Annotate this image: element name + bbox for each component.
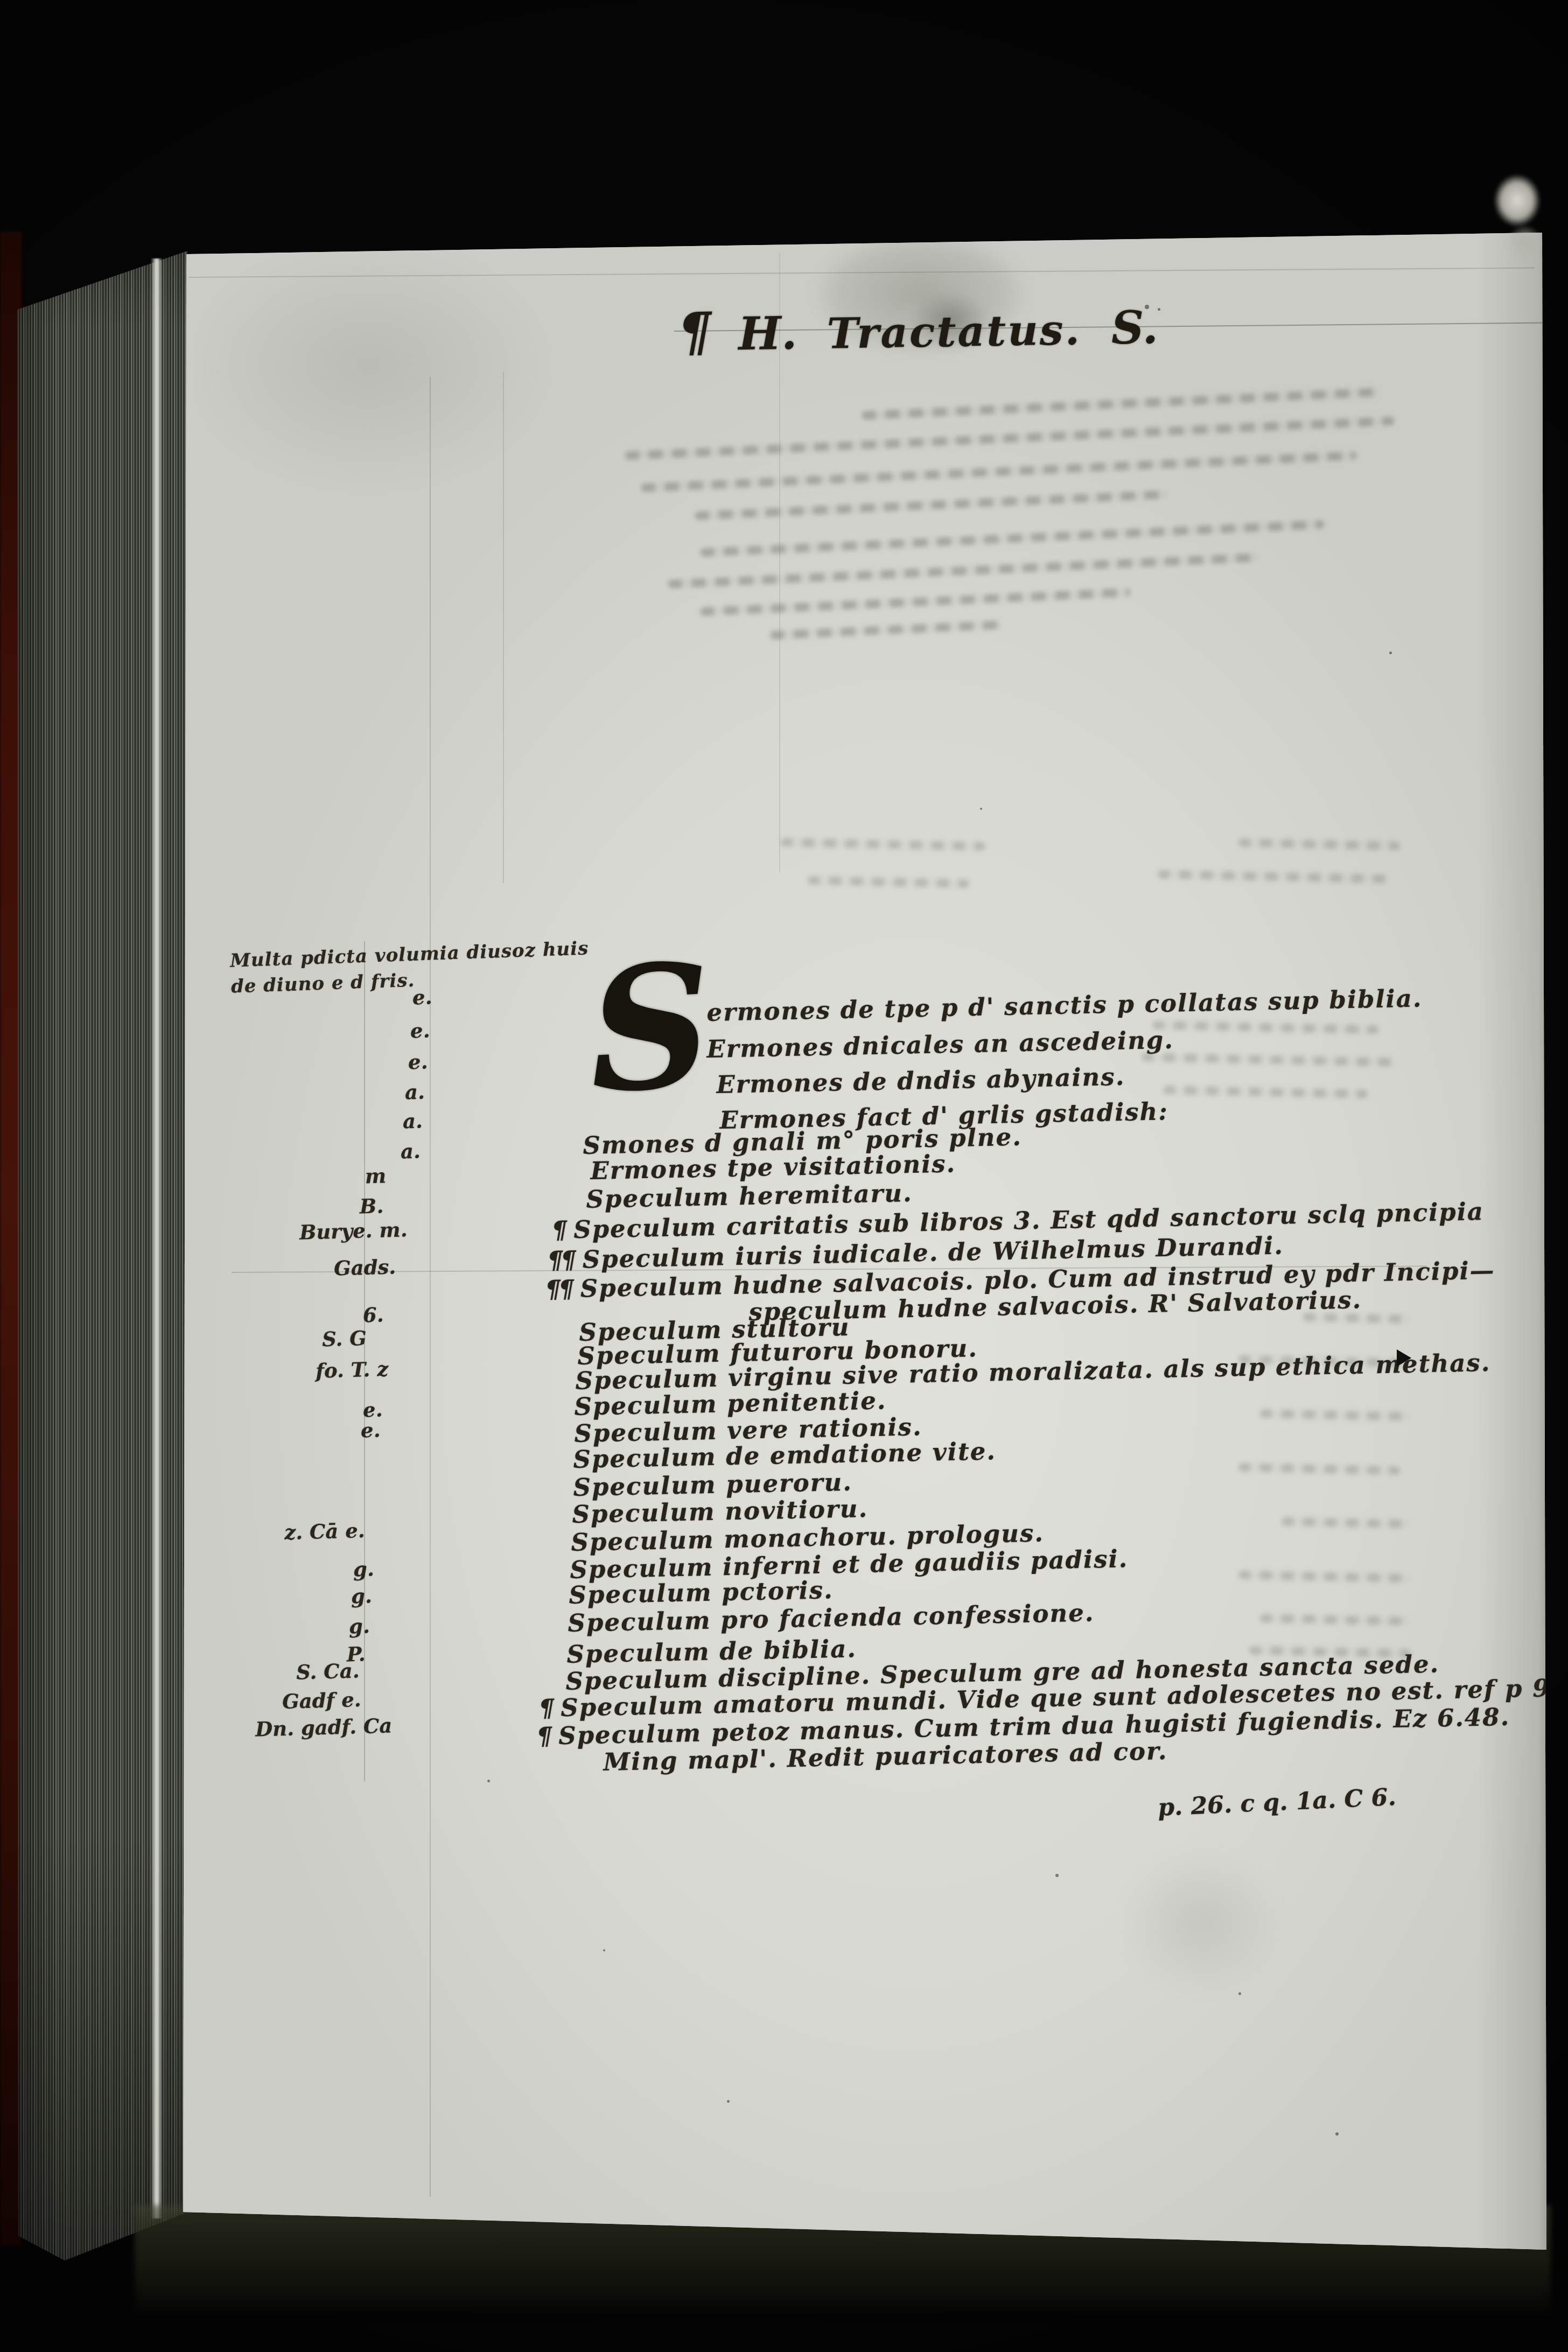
margin-shelfmark: m xyxy=(365,1164,386,1188)
paraph-mark: ¶¶ xyxy=(547,1245,574,1275)
faded-text-line xyxy=(1260,1614,1411,1626)
paper-speck xyxy=(1335,2132,1339,2136)
paraph-icon: ¶ xyxy=(677,301,709,363)
header-letter-right: S. xyxy=(1111,300,1158,354)
margin-shelfmark: g. xyxy=(348,1614,370,1638)
faded-text-line xyxy=(1238,1463,1400,1475)
faded-text-line xyxy=(641,451,1356,492)
margin-shelfmark: e. xyxy=(408,1050,428,1074)
faded-text-line xyxy=(1158,870,1389,883)
margin-shelfmark: B. xyxy=(359,1194,383,1218)
catalog-entry: ermones de tpe p d' sanctis p collatas s… xyxy=(706,986,1423,1025)
manuscript-photo: ¶ H. Tractatus. S. Multa pdicta volumia … xyxy=(0,0,1568,2352)
paraph-mark: ¶¶ xyxy=(545,1275,572,1304)
margin-shelfmark: z. Cā e. xyxy=(284,1518,365,1544)
faded-text-line xyxy=(1152,1021,1378,1034)
faded-text-line xyxy=(862,388,1378,420)
margin-shelfmark: g. xyxy=(353,1557,374,1581)
page-title: Tractatus. xyxy=(827,305,1081,358)
entry-text: Ermones dnicales an ascedeing. xyxy=(706,1026,1174,1063)
page-header: ¶ H. Tractatus. S. xyxy=(677,294,1158,363)
faded-text-line xyxy=(1238,838,1400,850)
faded-text-line xyxy=(808,876,969,888)
paraph-mark: ¶ xyxy=(538,1694,552,1723)
manuscript-page: ¶ H. Tractatus. S. Multa pdicta volumia … xyxy=(0,0,1568,2352)
faded-text-line xyxy=(770,620,1002,639)
catalog-entry: Speculum novitioru. xyxy=(572,1496,869,1527)
margin-shelfmark: Dn. gadf. Ca xyxy=(255,1713,392,1741)
margin-shelfmark: a. xyxy=(400,1139,421,1163)
paper-speck xyxy=(487,1780,490,1782)
faded-text-line xyxy=(700,588,1131,616)
faded-text-line xyxy=(1163,1086,1368,1098)
paper-speck xyxy=(1238,1992,1241,1995)
faded-text-line xyxy=(625,417,1394,460)
margin-shelfmark: S. G xyxy=(321,1326,367,1351)
margin-note: Multa pdicta volumia diusoz huis de diun… xyxy=(230,936,590,999)
paraph-mark: ¶ xyxy=(536,1722,550,1751)
faded-text-line xyxy=(695,490,1168,520)
paper-speck xyxy=(1055,1874,1059,1877)
decorated-initial: S xyxy=(586,960,715,1098)
margin-shelfmark: Gads. xyxy=(333,1255,396,1280)
catalog-entry: Speculum de emdatione vite. xyxy=(573,1439,996,1472)
margin-shelfmark: 6. xyxy=(362,1303,384,1327)
entry-text: Ermones de dndis abynains. xyxy=(716,1062,1125,1099)
paper-speck xyxy=(1389,652,1392,654)
fore-edge-highlight xyxy=(151,258,163,2218)
margin-shelfmark: a. xyxy=(404,1080,425,1104)
paper-speck xyxy=(980,808,982,810)
footer-reference: p. 26. c q. 1a. C 6. xyxy=(1157,1783,1397,1822)
faded-text-line xyxy=(781,838,985,851)
catalog-entry: Ermones tpe visitationis. xyxy=(590,1151,956,1183)
faded-text-line xyxy=(1238,1571,1411,1583)
margin-shelfmark: e. xyxy=(360,1418,381,1443)
margin-shelfmark: Gadf e. xyxy=(282,1688,361,1713)
paper-speck xyxy=(1145,305,1149,309)
entry-text: Speculum heremitaru. xyxy=(586,1179,913,1214)
water-stain xyxy=(205,253,614,533)
header-letter-left: H. xyxy=(738,306,797,361)
paraph-mark: ¶ xyxy=(551,1216,565,1244)
catalog-entry: Ermones de dndis abynains. xyxy=(716,1065,1125,1097)
margin-shelfmark: e. xyxy=(412,985,432,1010)
catalog-entry: Speculum pctoris. xyxy=(569,1578,834,1607)
paper-stain xyxy=(1088,1820,1314,2025)
margin-shelfmark: a. xyxy=(402,1109,423,1133)
paper-speck xyxy=(727,2100,730,2103)
margin-shelfmark: e. xyxy=(410,1019,430,1043)
ruling-line xyxy=(430,377,431,2197)
book-fore-edge xyxy=(0,0,199,2352)
margin-shelfmark: g. xyxy=(351,1584,372,1608)
paper-speck xyxy=(603,1949,605,1951)
margin-shelfmark: Burye. m. xyxy=(299,1217,408,1244)
faded-text-line xyxy=(668,553,1260,589)
white-label-blob xyxy=(1490,171,1550,263)
paper-speck xyxy=(1158,308,1160,311)
catalog-entry: Speculum heremitaru. xyxy=(586,1181,913,1212)
faded-text-line xyxy=(1142,1053,1395,1067)
entry-text: ermones de tpe p d' sanctis p collatas s… xyxy=(706,984,1423,1027)
faded-text-line xyxy=(700,520,1325,557)
ruling-line xyxy=(503,372,504,883)
margin-pointer-mark xyxy=(1397,1349,1411,1367)
margin-shelfmark: S. Ca. xyxy=(296,1658,360,1684)
margin-shelfmark: fo. T. z xyxy=(315,1357,388,1383)
catalog-entry: Ermones dnicales an ascedeing. xyxy=(706,1028,1174,1061)
faded-text-line xyxy=(1282,1517,1411,1528)
faded-text-line xyxy=(1260,1409,1411,1421)
